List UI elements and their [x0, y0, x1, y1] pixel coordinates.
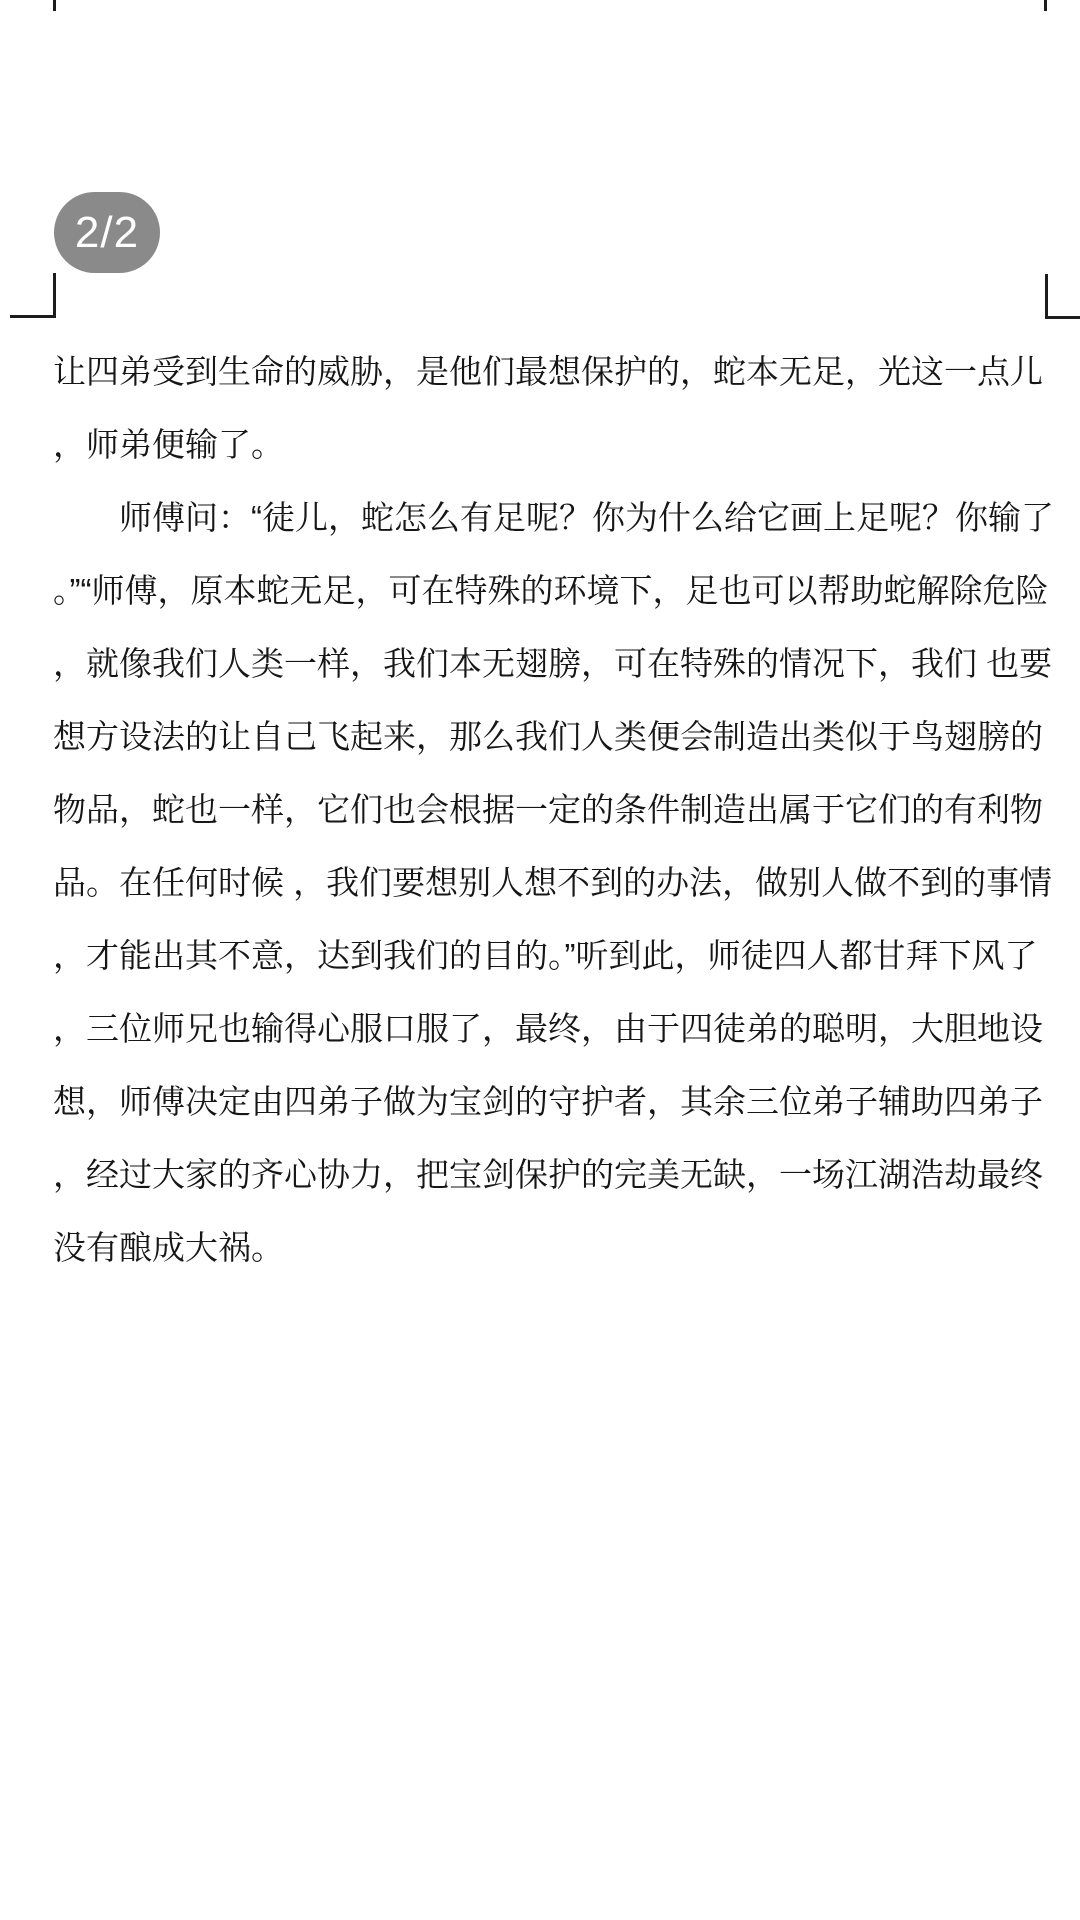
text-line: 物品，蛇也一样，它们也会根据一定的条件制造出属于它们的有利物 [53, 773, 1053, 846]
seam-tick-right-icon [1044, 0, 1047, 11]
seam-tick-left-icon [53, 0, 56, 11]
page-number-badge: 2/2 [54, 192, 160, 273]
text-line: 品。在任何时候 ，我们要想别人想不到的办法，做别人做不到的事情 [53, 846, 1053, 919]
text-line: 。”“师傅，原本蛇无足，可在特殊的环境下，足也可以帮助蛇解除危险 [53, 554, 1053, 627]
text-line: 没有酿成大祸。 [53, 1211, 1053, 1284]
page-number-label: 2/2 [75, 211, 139, 255]
text-line: 想，师傅决定由四弟子做为宝剑的守护者，其余三位弟子辅助四弟子 [53, 1065, 1053, 1138]
text-line: 想方设法的让自己飞起来，那么我们人类便会制造出类似于鸟翅膀的 [53, 700, 1053, 773]
document-page: 2/2 让四弟受到生命的威胁，是他们最想保护的，蛇本无足，光这一点儿 ，师弟便输… [0, 0, 1080, 1920]
text-line: 让四弟受到生命的威胁，是他们最想保护的，蛇本无足，光这一点儿 [53, 335, 1053, 408]
seam-corner-bracket-right-icon [1045, 274, 1080, 319]
text-line: ，才能出其不意，达到我们的目的。”听到此，师徒四人都甘拜下风了 [53, 919, 1053, 992]
seam-corner-bracket-left-icon [10, 273, 56, 318]
essay-text-block: 让四弟受到生命的威胁，是他们最想保护的，蛇本无足，光这一点儿 ，师弟便输了。 师… [53, 335, 1053, 1284]
text-line: ，三位师兄也输得心服口服了，最终，由于四徒弟的聪明，大胆地设 [53, 992, 1053, 1065]
text-line: ，师弟便输了。 [53, 408, 1053, 481]
text-line: ，就像我们人类一样，我们本无翅膀，可在特殊的情况下，我们 也要 [53, 627, 1053, 700]
text-line: ，经过大家的齐心协力，把宝剑保护的完美无缺，一场江湖浩劫最终 [53, 1138, 1053, 1211]
text-line: 师傅问：“徒儿，蛇怎么有足呢？你为什么给它画上足呢？你输了 [53, 481, 1053, 554]
